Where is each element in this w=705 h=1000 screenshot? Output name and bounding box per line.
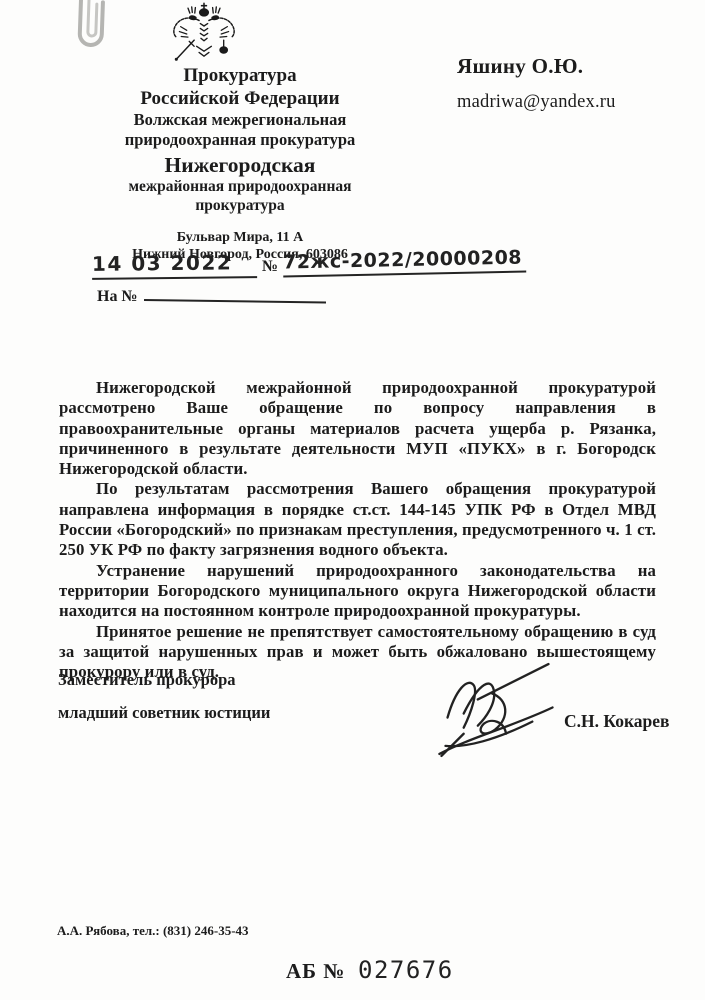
form-number: 027676	[358, 956, 454, 984]
executor-contact: А.А. Рябова, тел.: (831) 246-35-43	[57, 923, 249, 939]
recipient-block: Яшину О.Ю. madriwa@yandex.ru	[457, 54, 687, 113]
body-paragraph: Нижегородской межрайонной природоохранно…	[59, 378, 656, 479]
incoming-reference-blank-line	[144, 287, 326, 304]
signer-name: С.Н. Кокарев	[564, 711, 669, 732]
incoming-reference-row: На №	[97, 287, 326, 306]
org-line: прокуратура	[70, 197, 410, 216]
outgoing-date-handwritten: 14 03 2022	[92, 250, 257, 280]
scanned-letter-page: Прокуратура Российской Федерации Волжска…	[0, 0, 705, 1000]
body-paragraph: Устранение нарушений природоохранного за…	[59, 561, 656, 622]
org-line: Волжская межрегиональная	[70, 110, 410, 130]
incoming-reference-label: На №	[97, 288, 138, 305]
signer-post-line2: младший советник юстиции	[58, 703, 270, 723]
signer-post-line1: Заместитель прокурора	[58, 670, 236, 690]
recipient-email: madriwa@yandex.ru	[457, 92, 687, 113]
outgoing-number-handwritten: 72жс-2022/20000208	[283, 246, 527, 277]
org-line: природоохранная прокуратура	[70, 130, 410, 150]
org-name-emphasis: Нижегородская	[70, 152, 410, 178]
org-line: межрайонная природоохранная	[70, 178, 410, 197]
body-paragraph: По результатам рассмотрения Вашего обращ…	[59, 479, 656, 560]
form-series: АБ №	[286, 959, 345, 984]
paperclip-icon	[65, 0, 119, 64]
letterhead: Прокуратура Российской Федерации Волжска…	[70, 64, 410, 264]
number-sign-label: №	[262, 258, 278, 276]
org-line: Российской Федерации	[70, 87, 410, 110]
letter-body: Нижегородской межрайонной природоохранно…	[59, 378, 656, 682]
prosecutor-eagle-emblem-icon	[166, 2, 242, 71]
org-line: Прокуратура	[70, 64, 410, 87]
address-line: Бульвар Мира, 11 А	[70, 229, 410, 247]
handwritten-signature	[433, 655, 565, 766]
recipient-name: Яшину О.Ю.	[457, 54, 687, 79]
